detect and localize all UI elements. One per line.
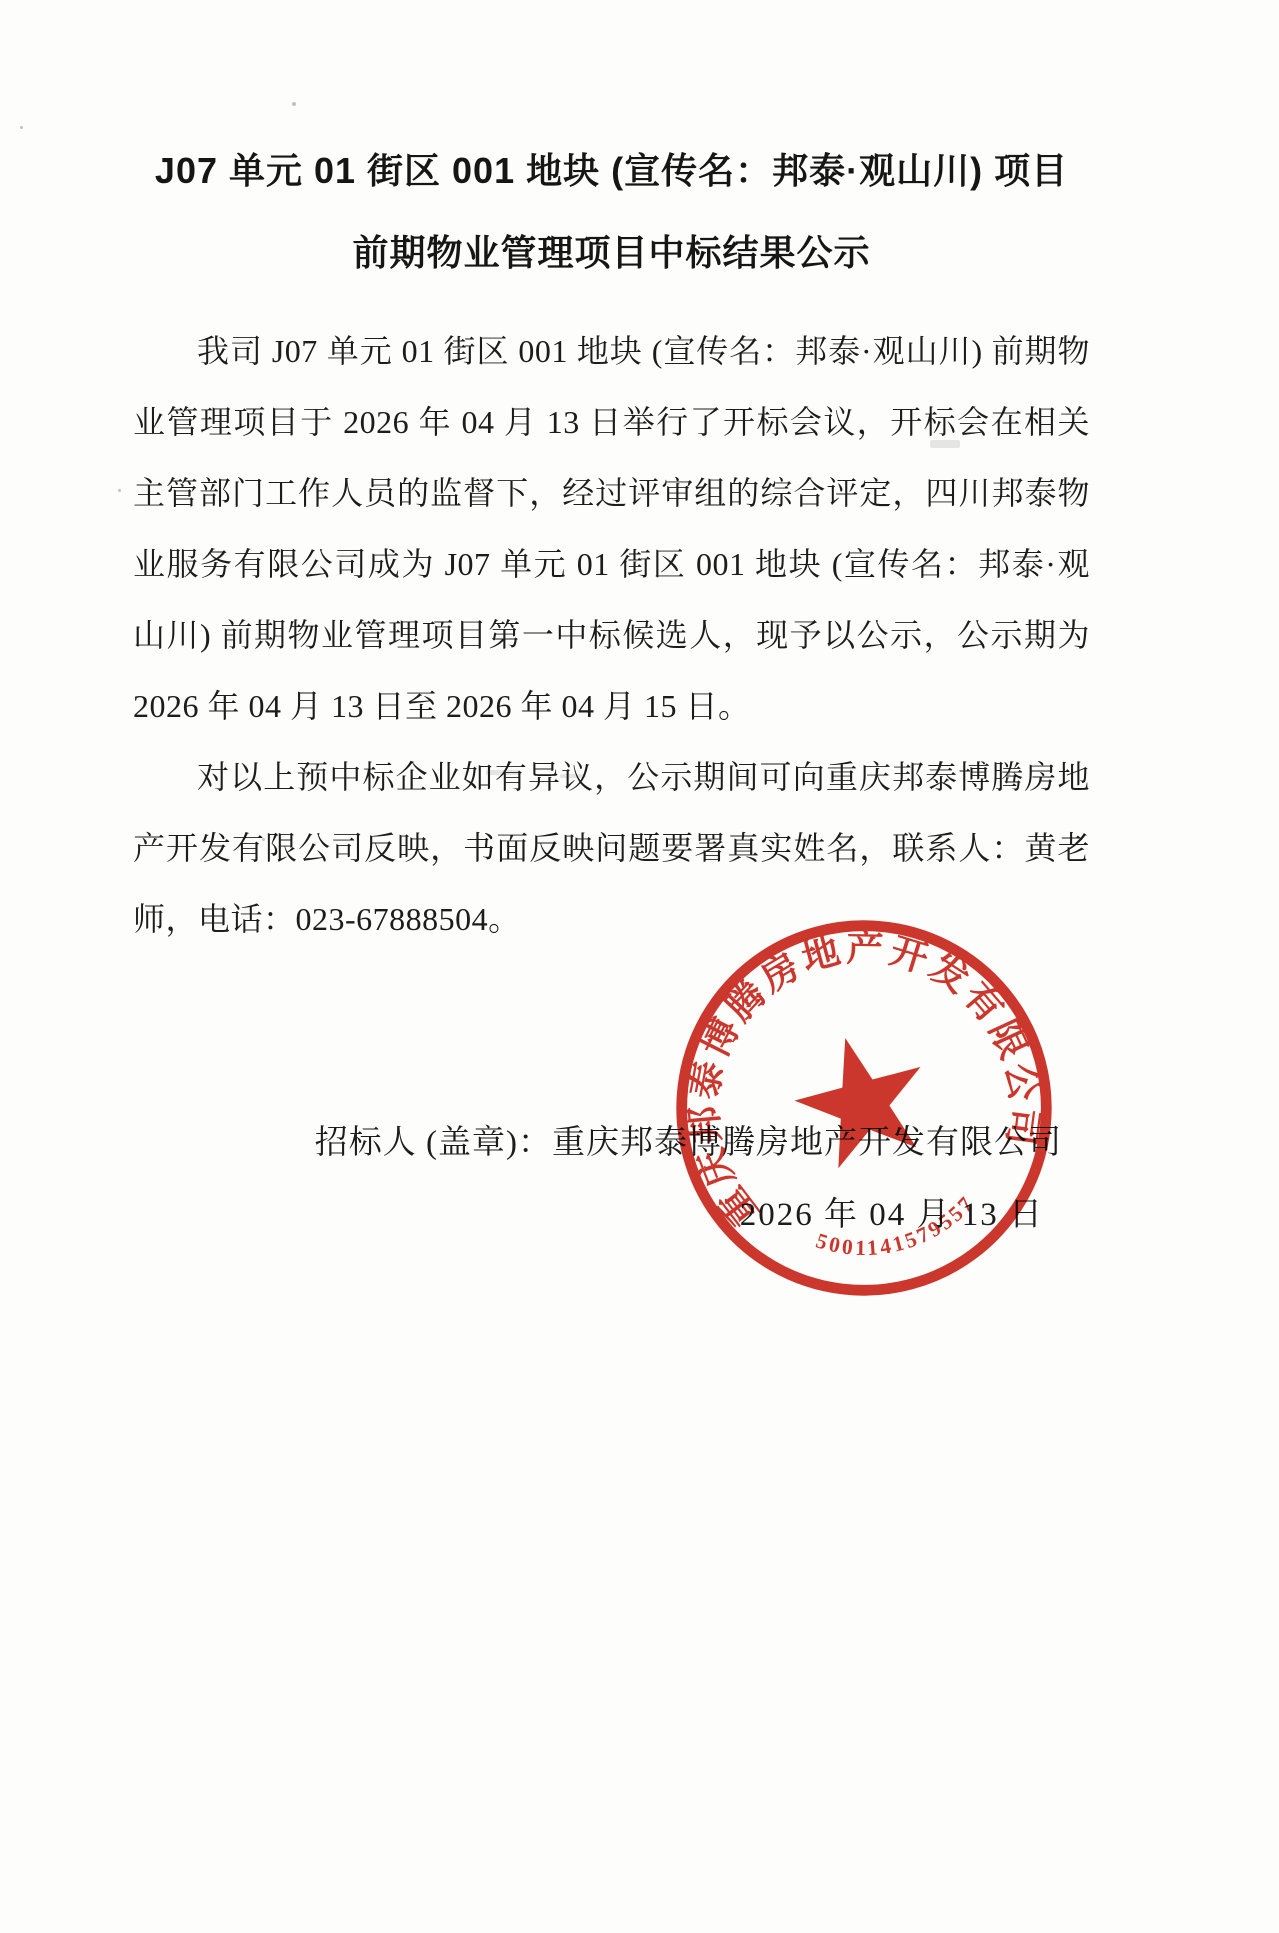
scan-speck: [118, 489, 121, 492]
scan-speck: [20, 126, 23, 129]
scan-speck: [262, 838, 265, 841]
scan-smudge: [486, 770, 520, 775]
document-page: J07 单元 01 街区 001 地块 (宣传名：邦泰·观山川) 项目 前期物业…: [0, 0, 1279, 1933]
document-title: J07 单元 01 街区 001 地块 (宣传名：邦泰·观山川) 项目 前期物业…: [133, 130, 1090, 294]
title-line-2: 前期物业管理项目中标结果公示: [133, 212, 1090, 294]
scan-speck: [292, 102, 296, 106]
signature-block: 招标人 (盖章)：重庆邦泰博腾房地产开发有限公司 2026 年 04 月 13 …: [133, 1107, 1090, 1251]
scan-speck: [1006, 772, 1010, 776]
scan-smudge: [560, 774, 586, 778]
tenderer-signature-line: 招标人 (盖章)：重庆邦泰博腾房地产开发有限公司: [133, 1107, 1090, 1179]
scan-smudge: [930, 440, 960, 448]
scan-speck: [604, 846, 607, 849]
paragraph-objection-contact: 对以上预中标企业如有异议，公示期间可向重庆邦泰博腾房地产开发有限公司反映，书面反…: [133, 742, 1090, 955]
document-content: J07 单元 01 街区 001 地块 (宣传名：邦泰·观山川) 项目 前期物业…: [0, 130, 1279, 1251]
signature-date: 2026 年 04 月 13 日: [133, 1179, 1090, 1251]
title-line-1: J07 单元 01 街区 001 地块 (宣传名：邦泰·观山川) 项目: [133, 130, 1090, 212]
paragraph-bid-result: 我司 J07 单元 01 街区 001 地块 (宣传名：邦泰·观山川) 前期物业…: [133, 316, 1090, 742]
